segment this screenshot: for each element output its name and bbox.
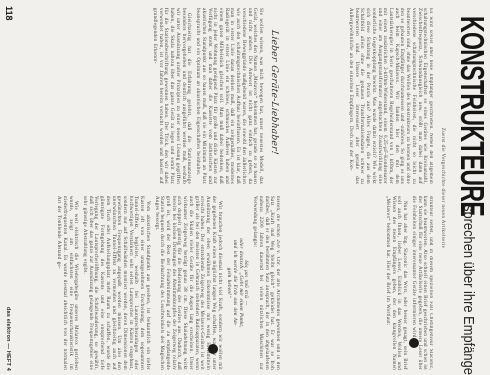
scanned-magazine-screenshot: KONSTRUKTEURE sprechen über ihre Empfäng… — [0, 0, 490, 375]
rotated-magazine-page: KONSTRUKTEURE sprechen über ihre Empfäng… — [0, 0, 490, 375]
section-end-dot-icon — [409, 338, 419, 348]
page-number: 118 — [4, 6, 14, 21]
archimedes-quote: δός μοι ποῦ στῶ — oder deutsch: „Gebt mi… — [226, 202, 249, 364]
quote-line: geln heben!“ — [226, 202, 232, 364]
article-caption: Zuerst die Vorgeschichte dieser neuen Ar… — [440, 88, 445, 288]
article-headline: KONSTRUKTEURE — [457, 16, 488, 216]
letter-paragraph: Vom akustischen Standpunkt aus gesehen, … — [81, 196, 150, 370]
letter-paragraph: nissen, die schon 250 v. Chr. der alte A… — [251, 196, 280, 370]
section-end-dot-icon — [208, 344, 218, 354]
quote-line: und ich werde die Erde aus den An- — [231, 202, 237, 364]
article-headline-subtitle: sprechen über ihre Empfänger — [460, 205, 477, 375]
quote-line-greek: δός μοι ποῦ στῶ — — [243, 202, 249, 364]
letter-column-left: Lieber Geräte-Liebhaber! Sie wollen wiss… — [18, 8, 280, 184]
journal-footer: das elektron — HEFT 4 — [5, 307, 11, 371]
letter-column-right: nissen, die schon 250 v. Chr. der alte A… — [18, 196, 280, 370]
intro-paragraph: Es wird soviel über neue Empfänger gesch… — [347, 8, 433, 184]
letter-paragraph: Gleichzeitig hat die Erfahrung gelehrt, … — [151, 8, 191, 184]
intro-paragraph: Nun hat aber Ing. Slaconic das Wort, ode… — [384, 196, 407, 370]
letter-paragraph: Wie weit elektrisch die Wiedergabegüte u… — [55, 196, 78, 370]
letter-paragraph: Sie wollen wissen, was mich bewogen hat,… — [194, 8, 263, 184]
letter-salutation-script: Lieber Geräte-Liebhaber! — [268, 29, 279, 184]
intro-column-left: Es wird soviel über neue Empfänger gesch… — [283, 8, 433, 184]
quote-line: oder deutsch: „Gebt mir einen Punkt, — [237, 202, 243, 364]
